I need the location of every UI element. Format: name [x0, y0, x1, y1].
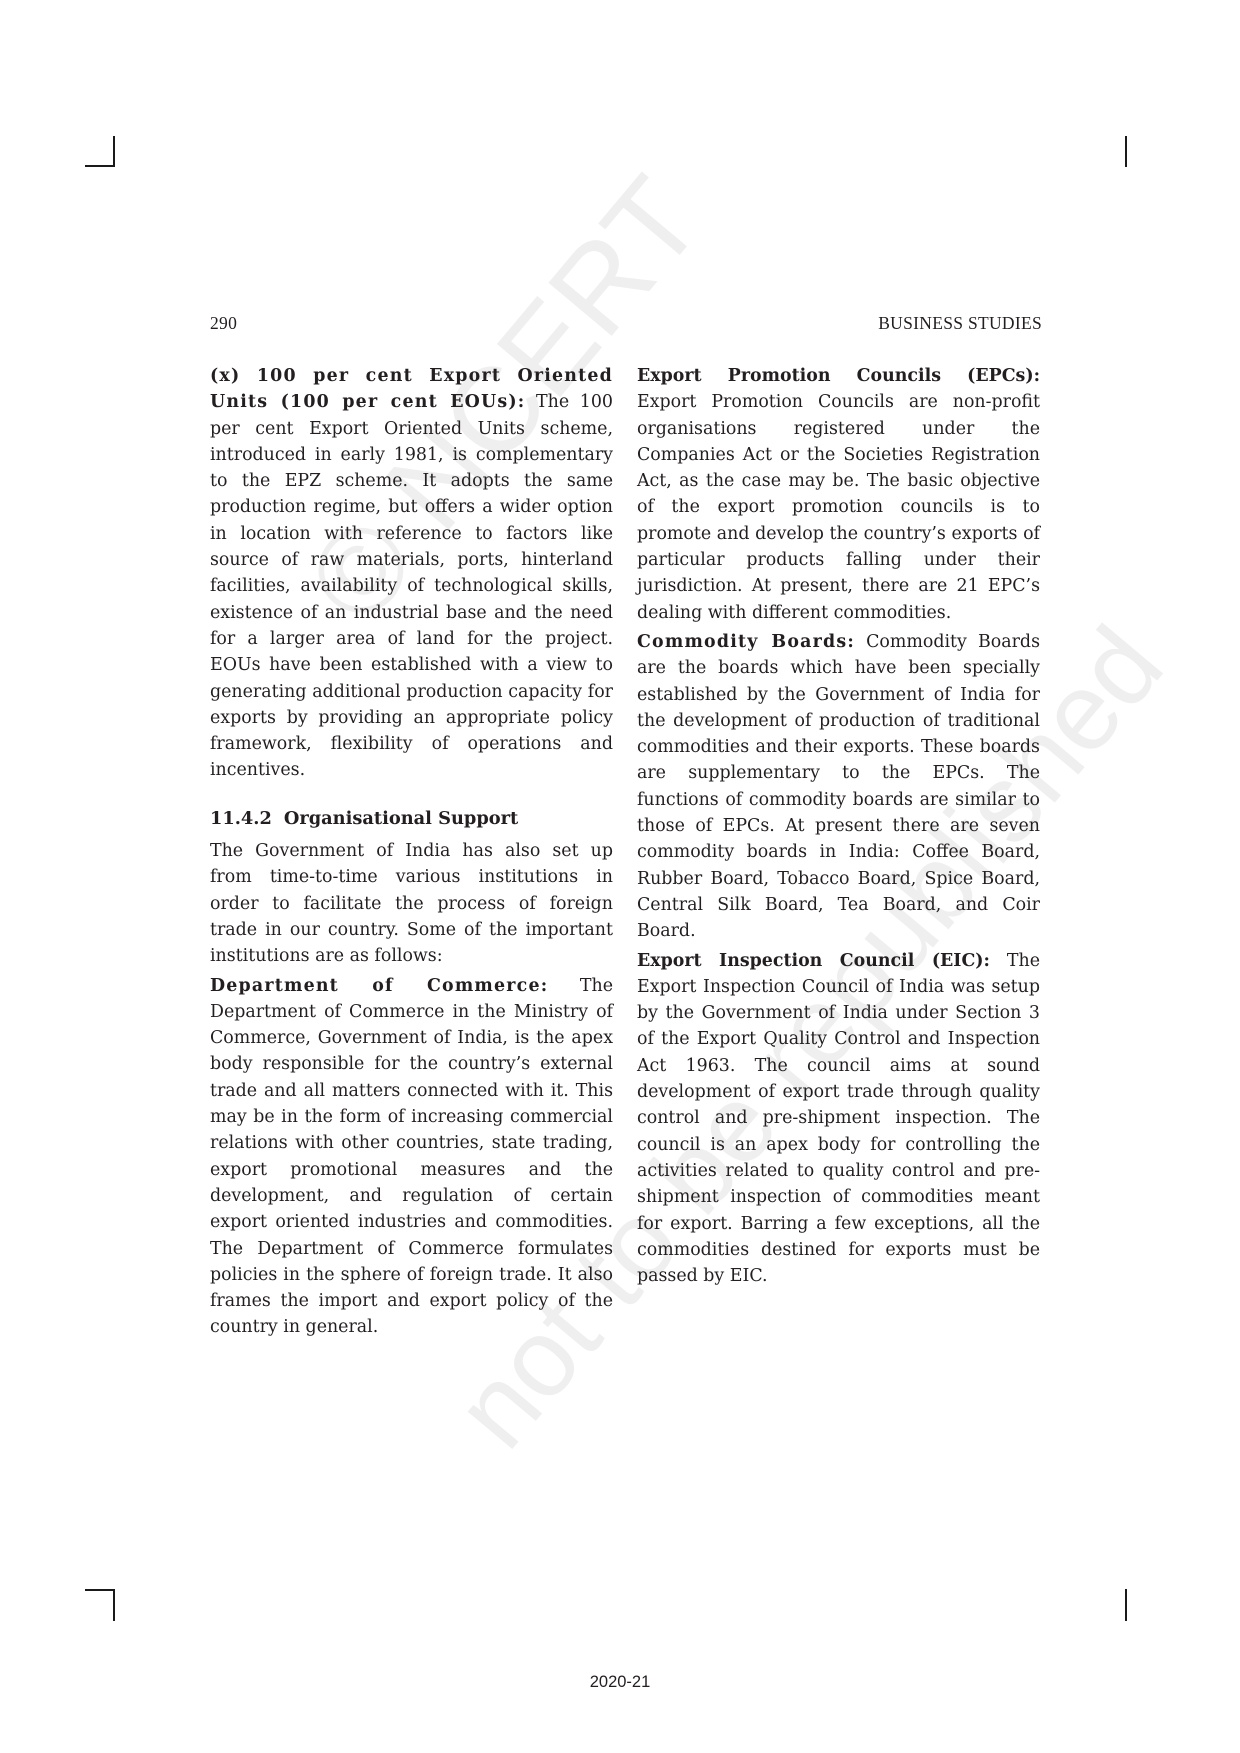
boards-body: Commodity Boards are the boards which ha… [637, 632, 1040, 941]
right-column: Export Promotion Councils (EPCs): Export… [637, 363, 1040, 1289]
doc-body: The Department of Commerce in the Minist… [210, 976, 613, 1338]
crop-mark-top-right-v [1125, 136, 1127, 167]
eou-body: The 100 per cent Export Oriented Units s… [210, 392, 613, 780]
page-number: 290 [210, 313, 237, 334]
boards-heading: Commodity Boards: [637, 632, 855, 652]
doc-heading: Department of Commerce: [210, 976, 548, 996]
epc-paragraph: Export Promotion Councils (EPCs): Export… [637, 363, 1040, 626]
crop-mark-top-left-h [85, 165, 115, 167]
running-title: BUSINESS STUDIES [878, 313, 1042, 334]
eou-paragraph: (x) 100 per cent Export Oriented Units (… [210, 363, 613, 784]
eic-body: The Export Inspection Council of India w… [637, 951, 1040, 1287]
crop-mark-bottom-left-v [113, 1589, 115, 1621]
boards-paragraph: Commodity Boards: Commodity Boards are t… [637, 629, 1040, 945]
eic-heading: Export Inspection Council (EIC): [637, 951, 990, 971]
section-title: Organisational Support [284, 808, 518, 829]
section-number: 11.4.2 [210, 808, 272, 829]
eic-paragraph: Export Inspection Council (EIC): The Exp… [637, 948, 1040, 1290]
crop-mark-bottom-left-h [85, 1589, 115, 1591]
section-heading: 11.4.2Organisational Support [210, 806, 613, 832]
epc-heading: Export Promotion Councils (EPCs): [637, 366, 1040, 386]
left-column: (x) 100 per cent Export Oriented Units (… [210, 363, 613, 1341]
intro-paragraph: The Government of India has also set up … [210, 838, 613, 969]
doc-paragraph: Department of Commerce: The Department o… [210, 973, 613, 1341]
crop-mark-bottom-right-v [1125, 1589, 1127, 1621]
edition-footer: 2020-21 [0, 1673, 1240, 1692]
crop-mark-top-left-v [113, 136, 115, 167]
epc-body: Export Promotion Councils are non-profit… [637, 392, 1040, 622]
